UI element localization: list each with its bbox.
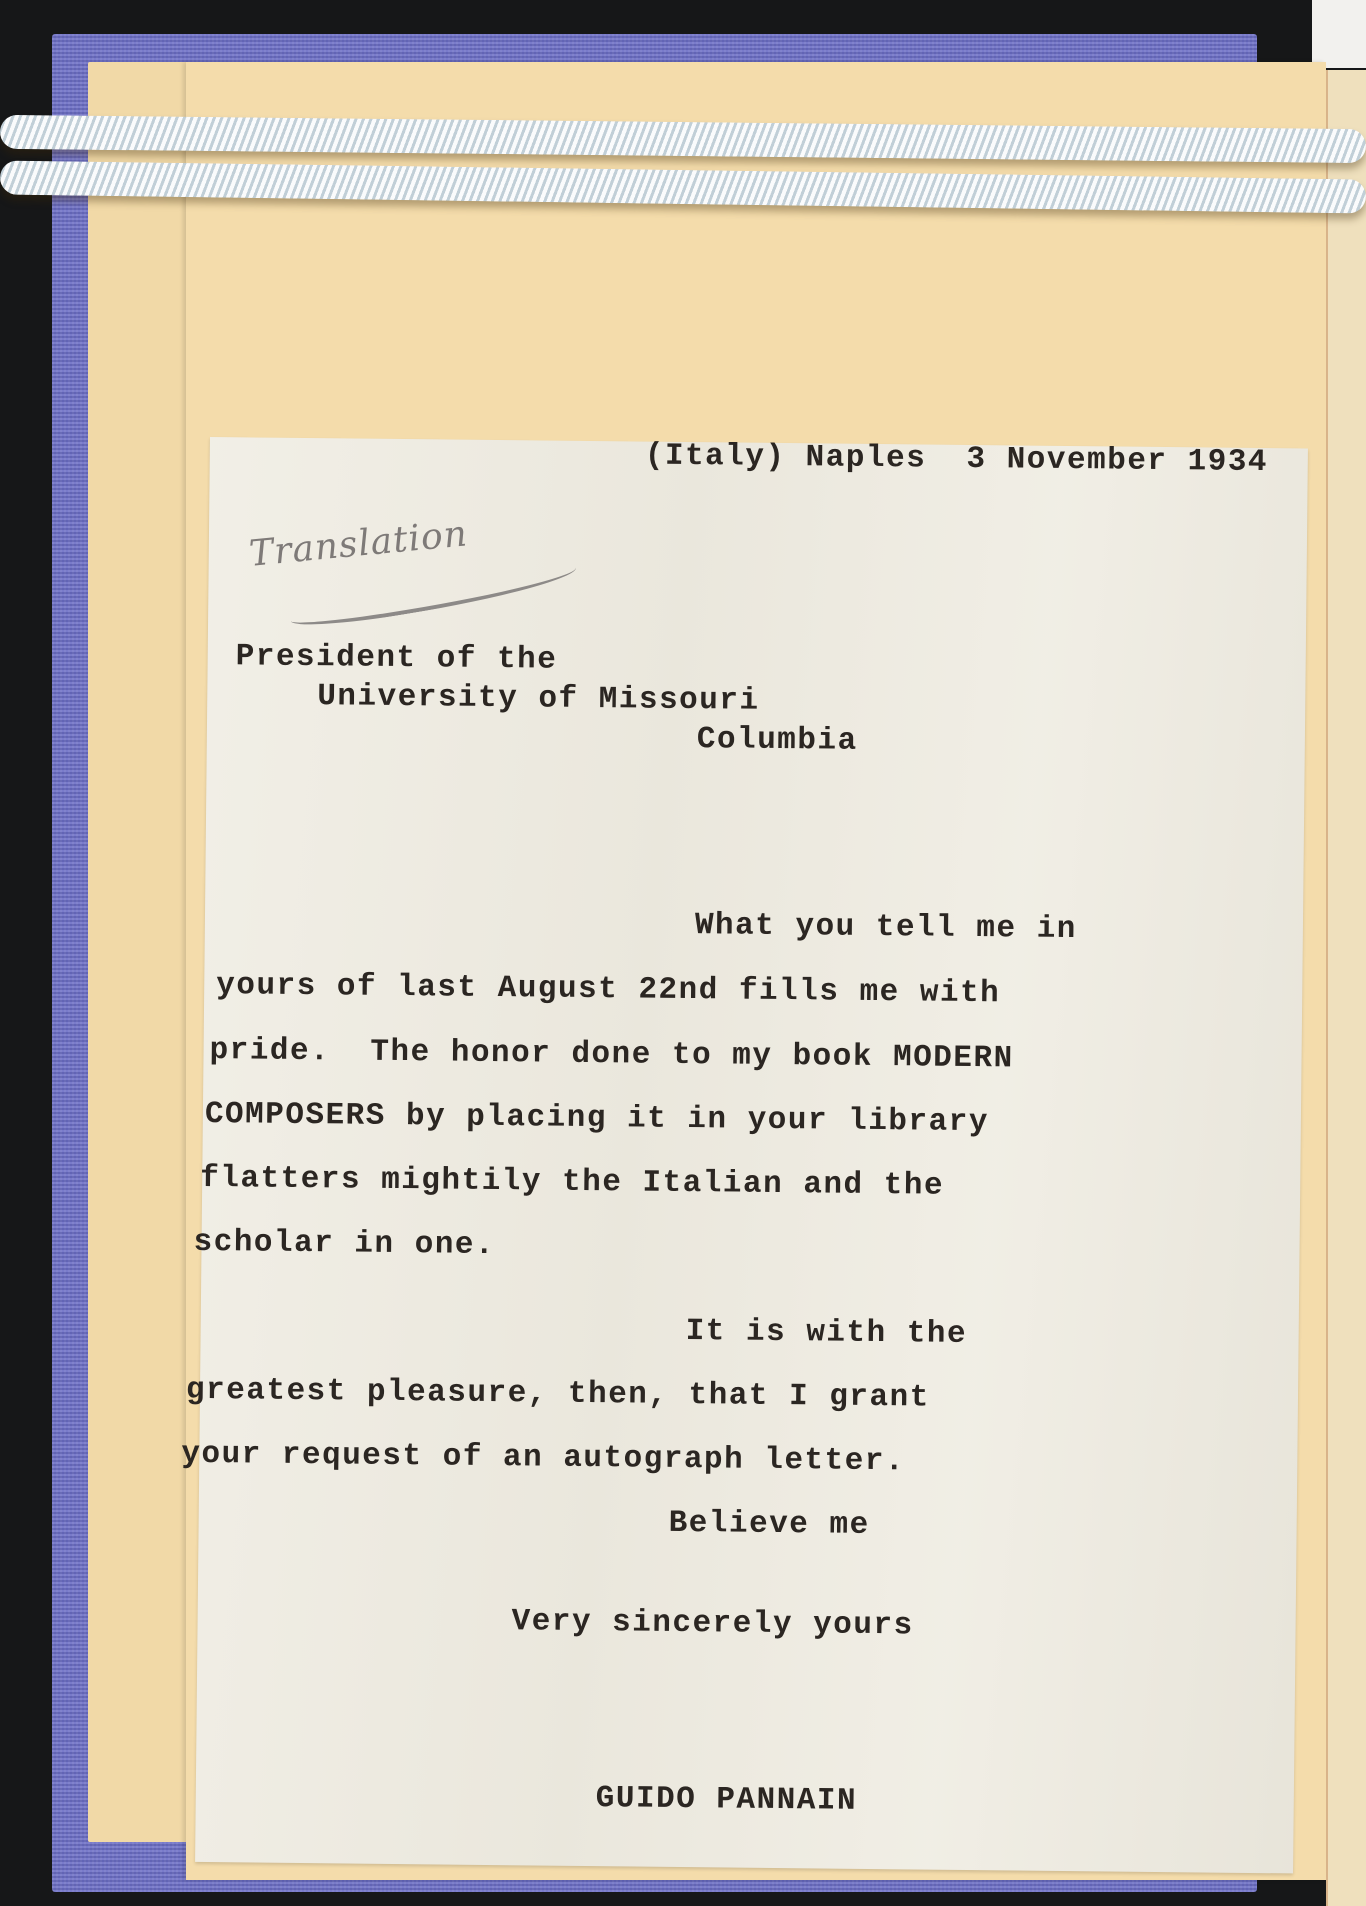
pencil-underline xyxy=(288,556,579,633)
typed-letter-sheet: (Italy) Naples 3 November 1934 Translati… xyxy=(195,437,1308,1873)
handwritten-annotation: Translation xyxy=(247,513,469,574)
body-line: pride. The honor done to my book MODERN xyxy=(209,1033,1013,1076)
body-line: It is with the xyxy=(685,1314,967,1352)
closing-sincerely: Very sincerely yours xyxy=(511,1604,913,1643)
body-line: flatters mightily the Italian and the xyxy=(200,1161,944,1204)
body-line: scholar in one. xyxy=(193,1225,495,1263)
body-line: What you tell me in xyxy=(695,908,1077,947)
signature-name: GUIDO PANNAIN xyxy=(596,1781,858,1819)
facing-page-edge xyxy=(1326,70,1366,1906)
addressee-line-2: University of Missouri xyxy=(317,679,760,719)
addressee-line-3: Columbia xyxy=(697,722,858,759)
background-paper-corner xyxy=(1312,0,1366,68)
addressee-line-1: President of the xyxy=(236,639,558,677)
body-line: yours of last August 22nd fills me with xyxy=(216,968,1000,1011)
closing-believe-me: Believe me xyxy=(668,1506,869,1543)
body-line: your request of an autograph letter. xyxy=(181,1437,905,1480)
dateline: (Italy) Naples 3 November 1934 xyxy=(645,439,1269,481)
body-line: greatest pleasure, then, that I grant xyxy=(186,1373,930,1416)
body-line: COMPOSERS by placing it in your library xyxy=(205,1097,989,1140)
